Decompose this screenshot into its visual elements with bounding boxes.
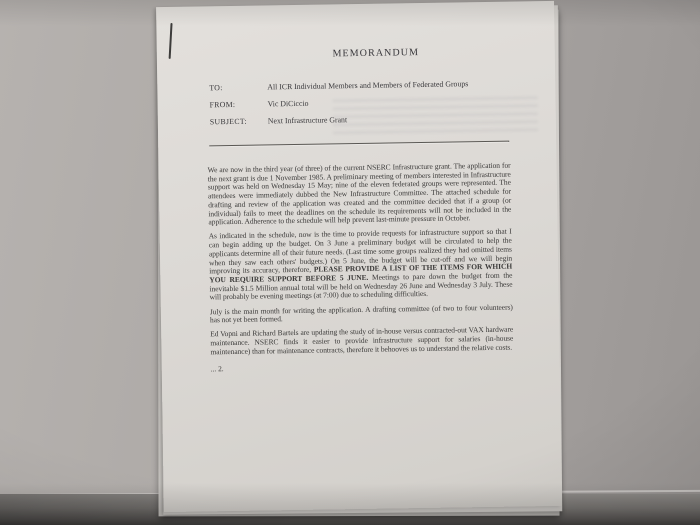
bleed-through-line	[333, 128, 538, 134]
field-value-to: All ICR Individual Members and Members o…	[267, 79, 511, 93]
paper-stack: MEMORANDUM TO: All ICR Individual Member…	[156, 1, 562, 513]
field-label-subject: SUBJECT:	[210, 116, 268, 127]
memo-page: MEMORANDUM TO: All ICR Individual Member…	[156, 1, 562, 512]
page-continuation-marker: ... 2.	[211, 360, 514, 373]
memo-paragraph-4: Ed Vopni and Richard Bartels are updatin…	[210, 326, 513, 357]
bleed-through-line	[333, 112, 538, 118]
field-label-from: FROM:	[210, 99, 268, 110]
staple-mark	[169, 23, 173, 59]
photo-scene: MEMORANDUM TO: All ICR Individual Member…	[0, 0, 700, 525]
memo-body: We are now in the third year (of three) …	[208, 162, 514, 374]
bleed-through-line	[333, 104, 538, 110]
memo-paragraph-3: July is the main month for writing the a…	[210, 303, 513, 325]
memo-paragraph-1: We are now in the third year (of three) …	[208, 162, 512, 228]
bleed-through-line	[333, 96, 538, 102]
bleed-through-line	[333, 120, 538, 126]
field-row-to: TO: All ICR Individual Members and Membe…	[209, 79, 511, 94]
divider-rule	[209, 141, 509, 147]
memo-title: MEMORANDUM	[225, 45, 527, 61]
memo-paragraph-2: As indicated in the schedule, now is the…	[209, 228, 513, 302]
bleed-through-text	[332, 91, 538, 140]
field-label-to: TO:	[209, 82, 267, 93]
